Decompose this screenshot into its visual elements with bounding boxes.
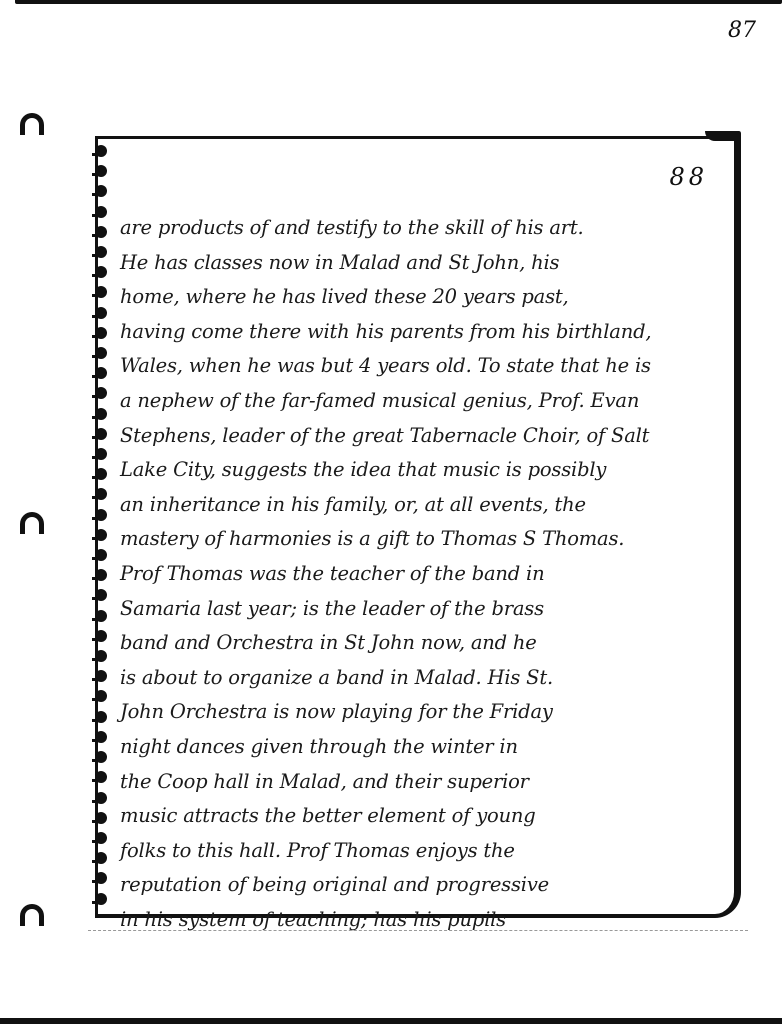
page-corner-shadow [705,131,741,141]
text-line: in his system of teaching; has his pupil… [120,903,730,938]
spiral-coil-icon [95,792,107,804]
spiral-coil-icon [95,771,107,783]
binder-hole-icon [20,113,44,135]
spiral-coil-icon [95,367,107,379]
text-line: the Coop hall in Malad, and their superi… [120,765,730,800]
spiral-coil-icon [95,266,107,278]
text-line: home, where he has lived these 20 years … [120,280,730,315]
text-line: John Orchestra is now playing for the Fr… [120,695,730,730]
text-line: Samaria last year; is the leader of the … [120,592,730,627]
text-line: mastery of harmonies is a gift to Thomas… [120,522,730,557]
text-line: Wales, when he was but 4 years old. To s… [120,349,730,384]
spiral-coil-icon [95,731,107,743]
spiral-coil-icon [95,165,107,177]
spiral-coil-icon [95,468,107,480]
spiral-coil-icon [95,589,107,601]
text-line: music attracts the better element of you… [120,799,730,834]
scan-top-edge [15,0,782,4]
spiral-coil-icon [95,569,107,581]
spiral-coil-icon [95,711,107,723]
handwritten-text: are products of and testify to the skill… [120,211,730,937]
spiral-coil-icon [95,448,107,460]
spiral-coil-icon [95,751,107,763]
spiral-coil-icon [95,872,107,884]
spiral-coil-icon [95,428,107,440]
faint-rule-line [88,930,748,932]
text-line: having come there with his parents from … [120,315,730,350]
inner-page-number: 88 [669,163,708,191]
spiral-coil-icon [95,145,107,157]
text-line: Prof Thomas was the teacher of the band … [120,557,730,592]
text-line: a nephew of the far-famed musical genius… [120,384,730,419]
text-line: folks to this hall. Prof Thomas enjoys t… [120,834,730,869]
spiral-coil-icon [95,812,107,824]
spiral-coil-icon [95,206,107,218]
text-line: He has classes now in Malad and St John,… [120,246,730,281]
spiral-coil-icon [95,549,107,561]
spiral-coil-icon [95,670,107,682]
spiral-coil-icon [95,852,107,864]
spiral-coil-icon [95,488,107,500]
spiral-coil-icon [95,832,107,844]
spiral-coil-icon [95,347,107,359]
spiral-coil-icon [95,529,107,541]
spiral-coil-icon [95,185,107,197]
text-line: band and Orchestra in St John now, and h… [120,626,730,661]
binder-hole-icon [20,512,44,534]
spiral-coil-icon [95,246,107,258]
spiral-coil-icon [95,650,107,662]
text-line: an inheritance in his family, or, at all… [120,488,730,523]
spiral-coil-icon [95,286,107,298]
spiral-coil-icon [95,630,107,642]
spiral-coil-icon [95,408,107,420]
text-line: are products of and testify to the skill… [120,211,730,246]
spiral-binding [95,145,113,905]
binder-hole-icon [20,904,44,926]
text-line: Stephens, leader of the great Tabernacle… [120,419,730,454]
outer-page-number: 87 [728,18,756,43]
text-line: reputation of being original and progres… [120,868,730,903]
spiral-coil-icon [95,387,107,399]
spiral-coil-icon [95,690,107,702]
spiral-coil-icon [95,307,107,319]
scan-bottom-edge [0,1018,782,1024]
notebook-page: 88 are products of and testify to the sk… [95,136,741,918]
text-line: Lake City, suggests the idea that music … [120,453,730,488]
spiral-coil-icon [95,893,107,905]
spiral-coil-icon [95,509,107,521]
text-line: night dances given through the winter in [120,730,730,765]
spiral-coil-icon [95,327,107,339]
spiral-coil-icon [95,610,107,622]
text-line: is about to organize a band in Malad. Hi… [120,661,730,696]
spiral-coil-icon [95,226,107,238]
